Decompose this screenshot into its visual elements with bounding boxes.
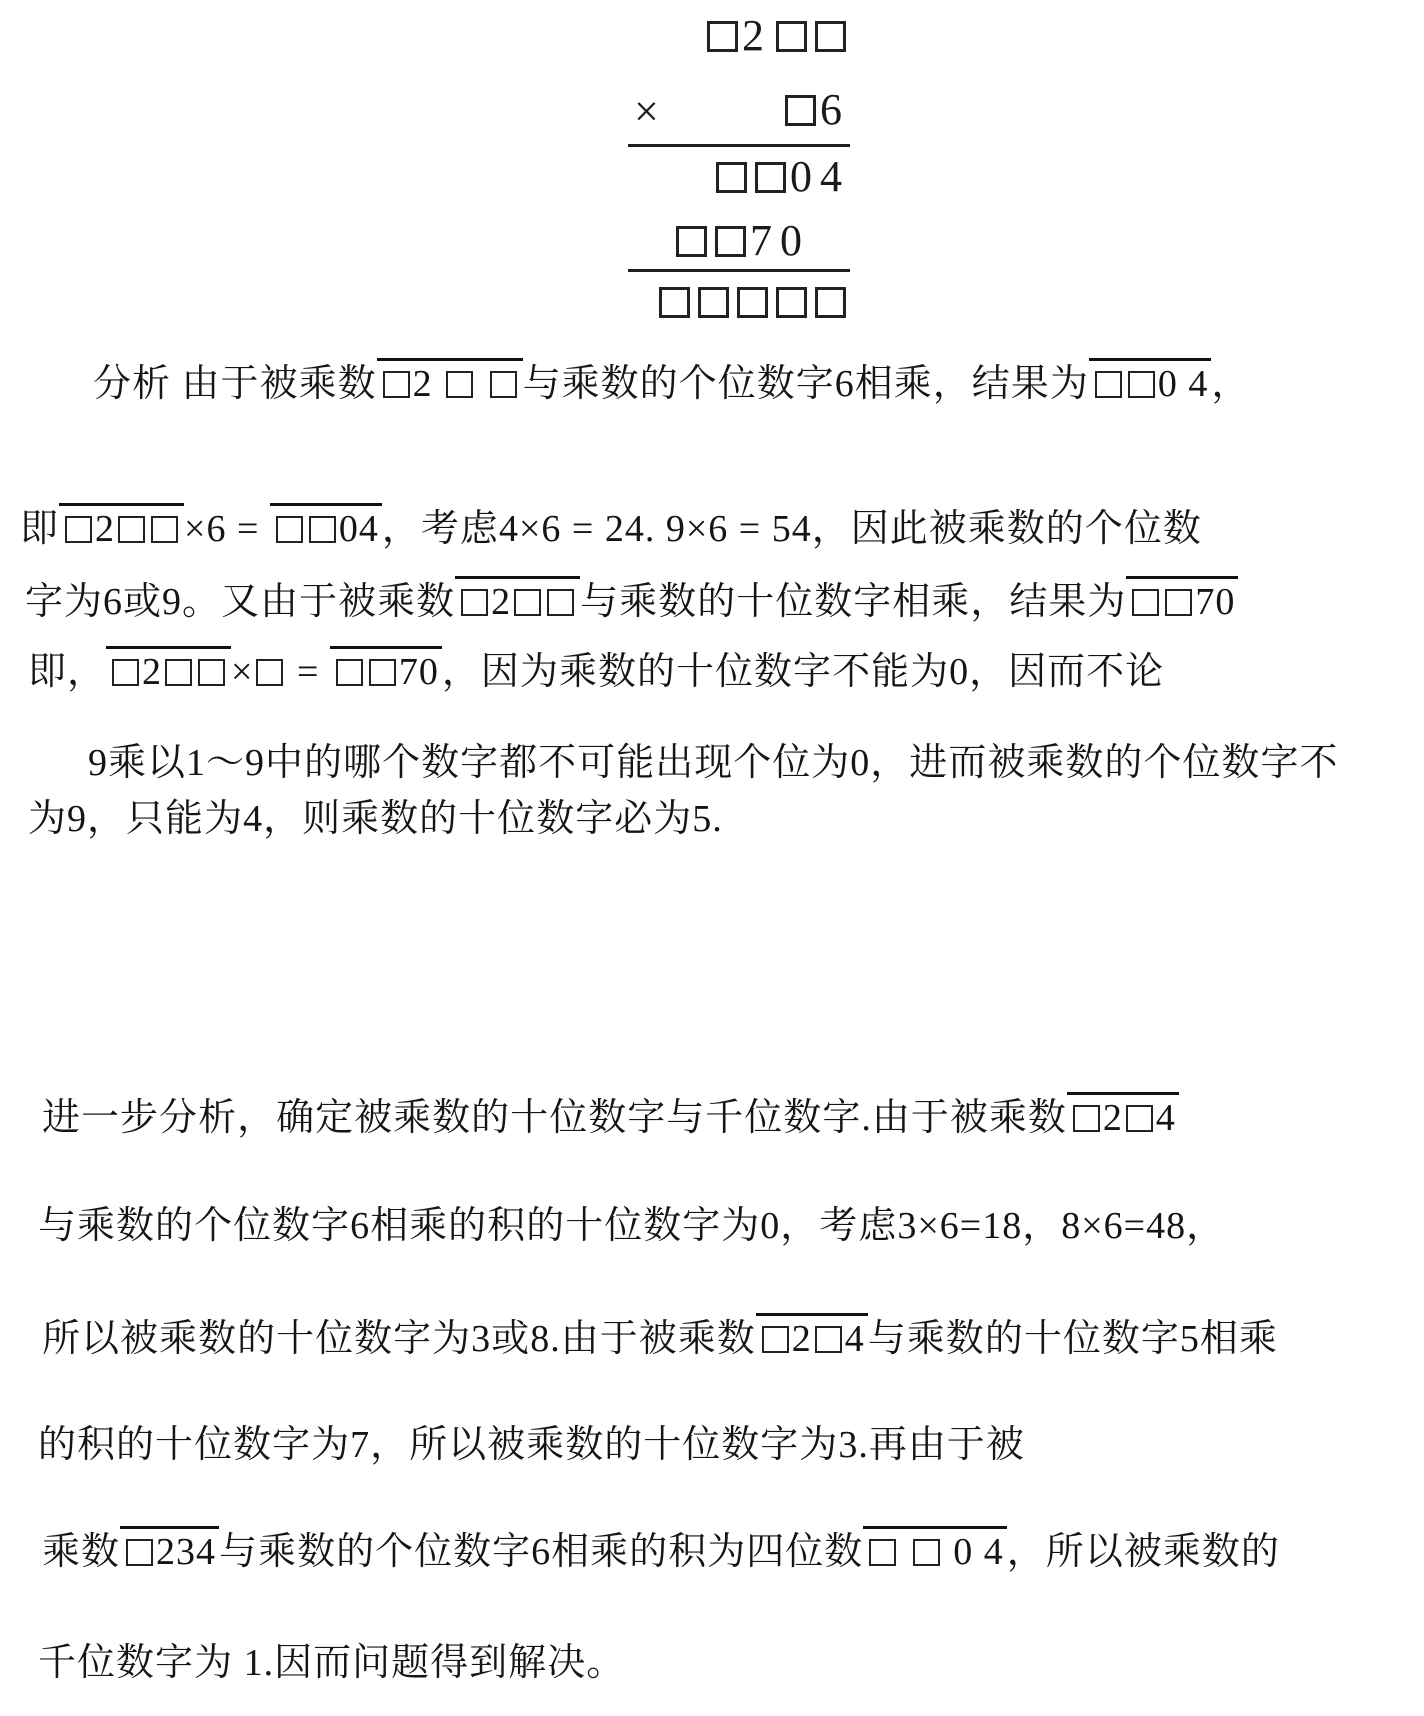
overlined-number: 2 bbox=[455, 576, 580, 621]
multiply-sign: × bbox=[634, 90, 659, 134]
analysis-paragraph-4-line-5: 乘数234与乘数的个位数字6相乘的积为四位数 0 4，所以被乘数的 bbox=[42, 1526, 1280, 1577]
analysis-paragraph-2-line-1: 即2×6 = 04，考虑4×6 = 24. 9×6 = 54，因此被乘数的个位数 bbox=[20, 503, 1202, 554]
empty-digit-box bbox=[913, 1539, 940, 1566]
empty-digit-box bbox=[737, 287, 768, 318]
multiplication-worksheet: 2 × 6 04 70 bbox=[628, 14, 850, 324]
analysis-paragraph-4-line-4: 的积的十位数字为7，所以被乘数的十位数字为3.再由于被 bbox=[38, 1422, 1025, 1470]
analysis-paragraph-4-line-3: 所以被乘数的十位数字为3或8.由于被乘数24与乘数的十位数字5相乘 bbox=[42, 1313, 1278, 1364]
empty-digit-box bbox=[815, 287, 846, 318]
empty-digit-box bbox=[1128, 371, 1155, 398]
empty-digit-box bbox=[151, 516, 178, 543]
overlined-number: 234 bbox=[120, 1526, 219, 1571]
empty-digit-box bbox=[755, 162, 786, 193]
analysis-paragraph-4-line-1: 进一步分析，确定被乘数的十位数字与千位数字.由于被乘数24 bbox=[42, 1092, 1179, 1143]
empty-digit-box bbox=[707, 21, 738, 52]
empty-digit-box bbox=[126, 1539, 153, 1566]
empty-digit-box bbox=[1095, 371, 1122, 398]
empty-digit-box bbox=[776, 21, 807, 52]
overlined-number: 2 bbox=[106, 646, 231, 691]
analysis-paragraph-1-line-1: 分析 由于被乘数2 与乘数的个位数字6相乘，结果为0 4， bbox=[93, 358, 1250, 409]
empty-digit-box bbox=[1132, 589, 1159, 616]
empty-digit-box bbox=[698, 287, 729, 318]
empty-digit-box bbox=[461, 589, 488, 616]
empty-digit-box bbox=[785, 95, 816, 126]
analysis-paragraph-2-line-2: 字为6或9。又由于被乘数2与乘数的十位数字相乘，结果为70 bbox=[25, 576, 1238, 627]
multiplicand-row: 2 bbox=[628, 14, 850, 58]
empty-digit-box bbox=[514, 589, 541, 616]
empty-digit-box bbox=[1165, 589, 1192, 616]
empty-digit-box bbox=[369, 659, 396, 686]
overlined-number: 24 bbox=[1067, 1092, 1179, 1137]
partial-product-2-row: 70 bbox=[628, 219, 850, 263]
overlined-number: 0 4 bbox=[1089, 358, 1212, 403]
empty-digit-box bbox=[776, 287, 807, 318]
empty-digit-box bbox=[547, 589, 574, 616]
multiplier-row: × 6 bbox=[628, 88, 850, 132]
analysis-paragraph-2-line-3: 即，2× = 70，因为乘数的十位数字不能为0，因而不论 bbox=[28, 646, 1164, 697]
analysis-paragraph-3-line-2: 为9，只能为4，则乘数的十位数字必为5. bbox=[28, 796, 723, 844]
overlined-number: 70 bbox=[330, 646, 442, 691]
empty-digit-box bbox=[446, 371, 473, 398]
empty-digit-box bbox=[490, 371, 517, 398]
empty-digit-box bbox=[1126, 1105, 1153, 1132]
overlined-number: 04 bbox=[270, 503, 382, 548]
empty-digit-box bbox=[309, 516, 336, 543]
document-page: { "page": { "background_color": "#ffffff… bbox=[0, 0, 1424, 1716]
empty-digit-box bbox=[815, 1326, 842, 1353]
multiplier-digits: 6 bbox=[781, 85, 850, 134]
worksheet-rule-line bbox=[628, 144, 850, 147]
empty-digit-box bbox=[815, 21, 846, 52]
analysis-paragraph-4-line-6: 千位数字为 1.因而问题得到解决。 bbox=[38, 1640, 625, 1688]
empty-digit-box bbox=[383, 371, 410, 398]
empty-digit-box bbox=[65, 516, 92, 543]
empty-digit-box bbox=[118, 516, 145, 543]
empty-digit-box bbox=[256, 659, 283, 686]
empty-digit-box bbox=[336, 659, 363, 686]
empty-digit-box bbox=[112, 659, 139, 686]
overlined-number: 2 bbox=[377, 358, 523, 403]
overlined-number: 70 bbox=[1126, 576, 1238, 621]
empty-digit-box bbox=[165, 659, 192, 686]
partial-product-1-row: 04 bbox=[628, 155, 850, 199]
empty-digit-box bbox=[276, 516, 303, 543]
overlined-number: 2 bbox=[59, 503, 184, 548]
worksheet-rule-line bbox=[628, 269, 850, 272]
empty-digit-box bbox=[198, 659, 225, 686]
overlined-number: 0 4 bbox=[863, 1526, 1007, 1571]
empty-digit-box bbox=[716, 162, 747, 193]
analysis-paragraph-4-line-2: 与乘数的个位数字6相乘的积的十位数字为0，考虑3×6=18，8×6=48， bbox=[38, 1203, 1225, 1251]
empty-digit-box bbox=[869, 1539, 896, 1566]
empty-digit-box bbox=[715, 226, 746, 257]
empty-digit-box bbox=[676, 226, 707, 257]
analysis-paragraph-3-line-1: 9乘以1～9中的哪个数字都不可能出现个位为0，进而被乘数的个位数字不 bbox=[88, 740, 1338, 788]
empty-digit-box bbox=[659, 287, 690, 318]
empty-digit-box bbox=[762, 1326, 789, 1353]
overlined-number: 24 bbox=[756, 1313, 868, 1358]
empty-digit-box bbox=[1073, 1105, 1100, 1132]
final-product-row bbox=[628, 280, 850, 324]
